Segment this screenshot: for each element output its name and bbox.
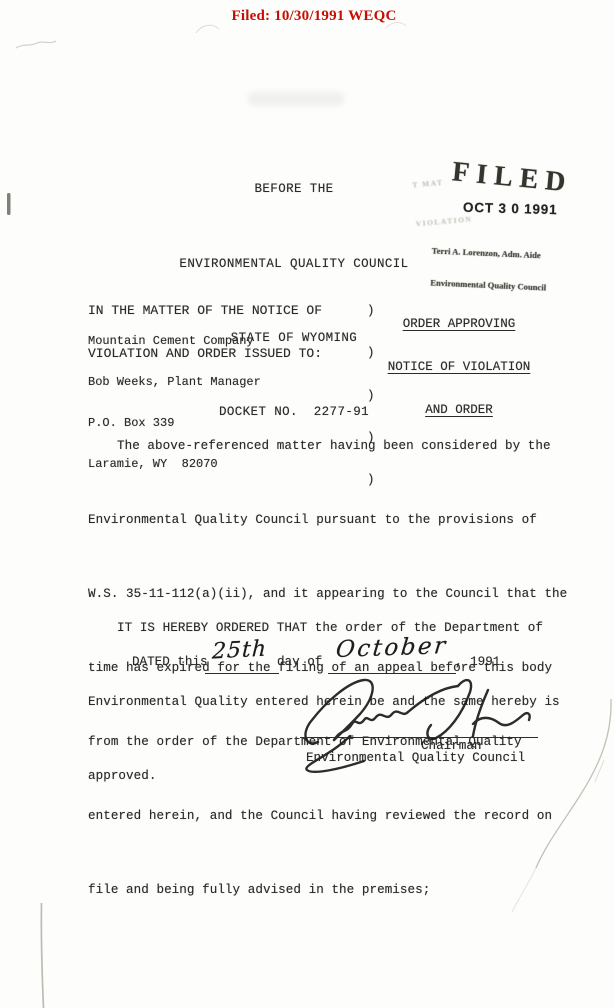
filed-stamp-date: OCT 3 0 1991: [463, 200, 558, 217]
body-line: IT IS HEREBY ORDERED THAT the order of t…: [88, 616, 560, 641]
paper-arc-right: [386, 22, 406, 28]
party-name-line: Mountain Cement Company: [88, 335, 261, 349]
pencil-squiggle: [16, 41, 56, 48]
order-title-line: NOTICE OF VIOLATION: [384, 360, 534, 374]
handwritten-day: 25th: [211, 637, 267, 665]
order-title-line: ORDER APPROVING: [384, 317, 534, 331]
paper-arc-left: [196, 25, 219, 33]
body-line: file and being fully advised in the prem…: [88, 878, 567, 903]
body-line: The above-referenced matter having been …: [88, 434, 567, 459]
clerk-name-line: Terri A. Lorenzon, Adm. Aide: [432, 245, 548, 261]
paper-crease-edge: [595, 760, 604, 782]
paper-crease-bottom-left: [41, 903, 43, 1008]
dated-prefix: DATED this: [132, 655, 208, 669]
signature-line: [300, 737, 538, 738]
ink-bleed-smudge: [248, 92, 344, 106]
dated-year: , 1991: [455, 655, 500, 669]
signer-organization: Environmental Quality Council: [306, 751, 525, 765]
body-line: Environmental Quality Council pursuant t…: [88, 508, 567, 533]
handwritten-month: October: [335, 633, 449, 663]
dated-middle: day of: [277, 655, 322, 669]
day-blank-underline: [205, 673, 279, 674]
scanned-order-document: Filed: 10/30/1991 WEQC BEFORE THE ENVIRO…: [0, 0, 614, 1008]
